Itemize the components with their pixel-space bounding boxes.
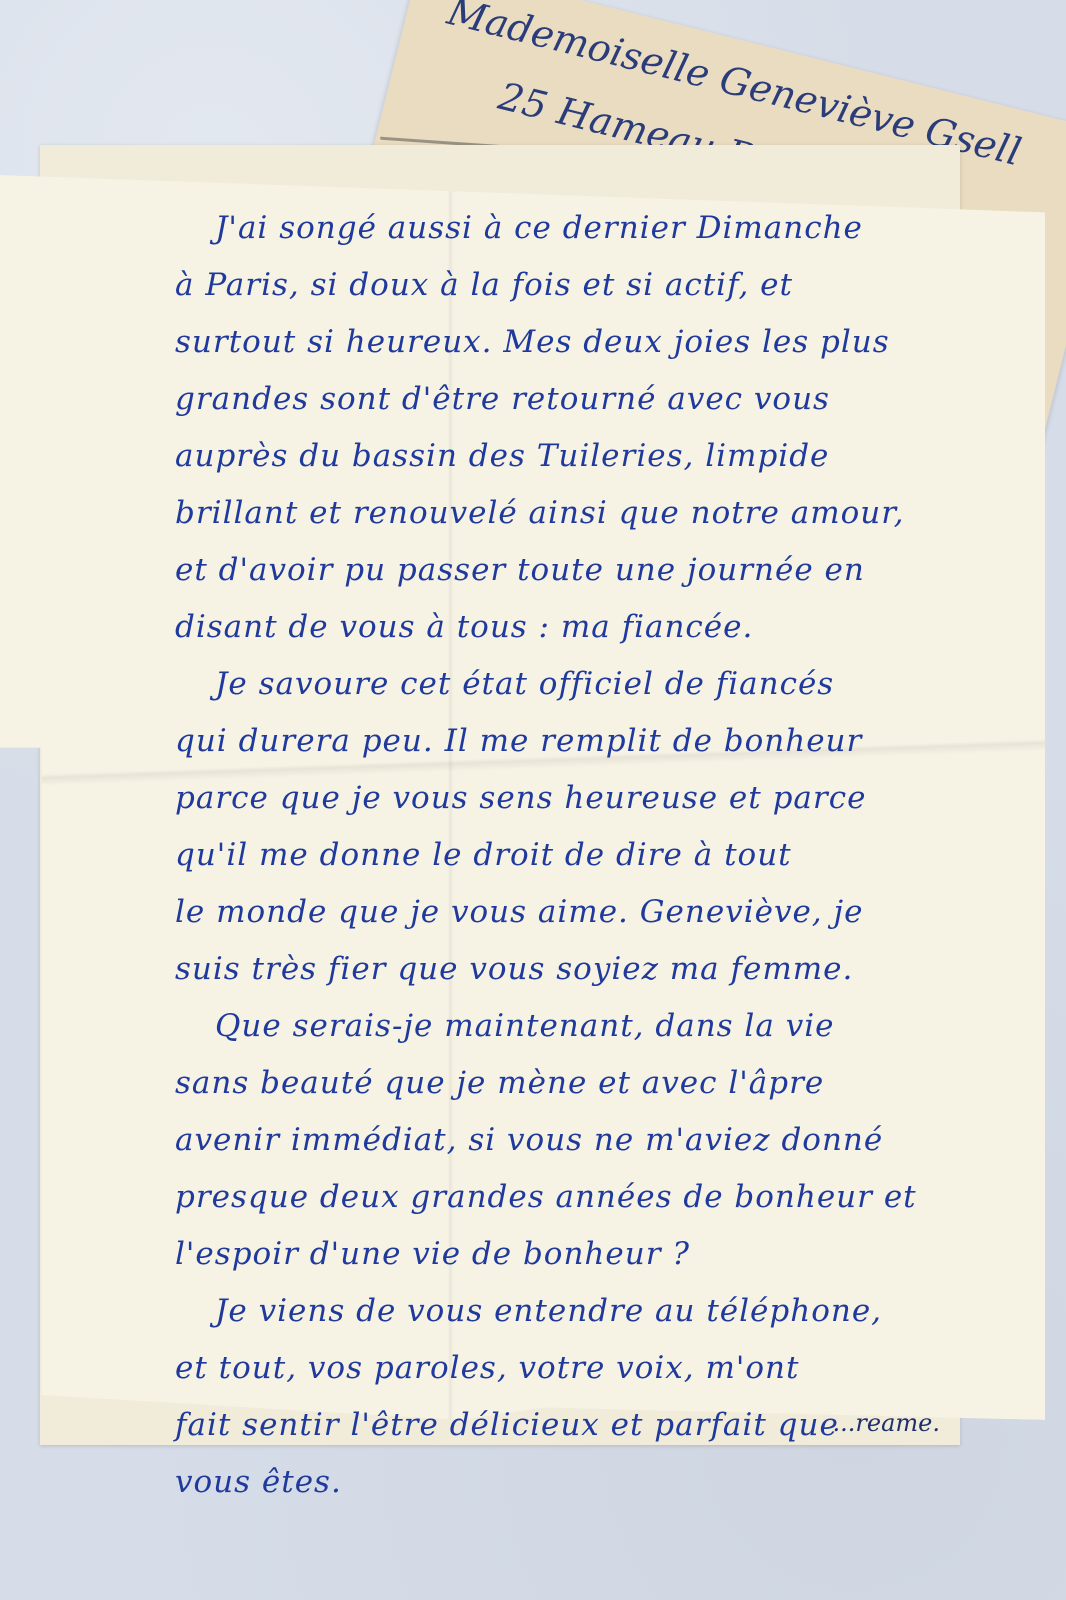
letter-line: Que serais-je maintenant, dans la vie — [175, 998, 1035, 1055]
letter-line: avenir immédiat, si vous ne m'aviez donn… — [175, 1112, 1035, 1169]
letter-line: grandes sont d'être retourné avec vous — [175, 371, 1035, 428]
letter-line: parce que je vous sens heureuse et parce — [175, 770, 1035, 827]
letter-body: J'ai songé aussi à ce dernier Dimancheà … — [175, 200, 1035, 1511]
letter-line: et tout, vos paroles, votre voix, m'ont — [175, 1340, 1035, 1397]
letter-line: suis très fier que vous soyiez ma femme. — [175, 941, 1035, 998]
letter-line: l'espoir d'une vie de bonheur ? — [175, 1226, 1035, 1283]
letter-line: et d'avoir pu passer toute une journée e… — [175, 542, 1035, 599]
letter-line: presque deux grandes années de bonheur e… — [175, 1169, 1035, 1226]
letter-line: qui durera peu. Il me remplit de bonheur — [175, 713, 1035, 770]
letter-line: fait sentir l'être délicieux et parfait … — [175, 1397, 1035, 1454]
letter-line: Je viens de vous entendre au téléphone, — [175, 1283, 1035, 1340]
letter-line: qu'il me donne le droit de dire à tout — [175, 827, 1035, 884]
letter-line: surtout si heureux. Mes deux joies les p… — [175, 314, 1035, 371]
letter-line: brillant et renouvelé ainsi que notre am… — [175, 485, 1035, 542]
letter-line: auprès du bassin des Tuileries, limpide — [175, 428, 1035, 485]
letter-line: disant de vous à tous : ma fiancée. — [175, 599, 1035, 656]
letter-line: à Paris, si doux à la fois et si actif, … — [175, 257, 1035, 314]
letter-line: vous êtes. — [175, 1454, 1035, 1511]
letter-line: J'ai songé aussi à ce dernier Dimanche — [175, 200, 1035, 257]
letter-line: Je savoure cet état officiel de fiancés — [175, 656, 1035, 713]
letter-line: le monde que je vous aime. Geneviève, je — [175, 884, 1035, 941]
letter-line: sans beauté que je mène et avec l'âpre — [175, 1055, 1035, 1112]
